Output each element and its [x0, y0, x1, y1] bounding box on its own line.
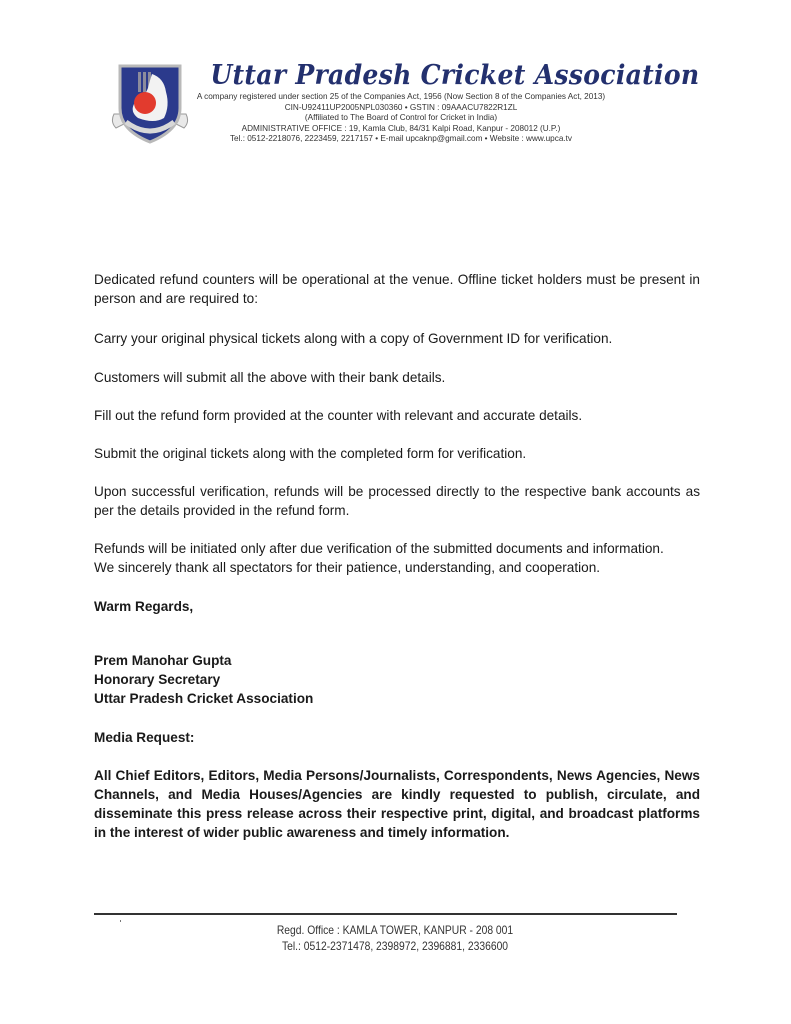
admin-office-line: ADMINISTRATIVE OFFICE : 19, Kamla Club, … [196, 124, 606, 135]
upca-crest-shield-icon [108, 58, 192, 146]
paragraph-refund-form: Fill out the refund form provided at the… [94, 406, 700, 425]
media-request-heading: Media Request: [94, 728, 700, 747]
letterhead: Uttar Pradesh Cricket Association A comp… [108, 58, 608, 150]
paragraph-thanks: We sincerely thank all spectators for th… [94, 558, 700, 577]
organization-name: Uttar Pradesh Cricket Association [210, 60, 591, 92]
paragraph-refund-processing: Upon successful verification, refunds wi… [94, 482, 700, 520]
footer-mark [120, 920, 121, 922]
footer-regd-office: Regd. Office : KAMLA TOWER, KANPUR - 208… [262, 922, 529, 938]
paragraph-submit-tickets: Submit the original tickets along with t… [94, 444, 700, 463]
registration-line: A company registered under section 25 of… [196, 92, 606, 103]
closing-salutation: Warm Regards, [94, 597, 700, 616]
cin-gstin-line: CIN-U92411UP2005NPL030360 • GSTIN : 09AA… [196, 103, 606, 114]
footer-divider [94, 913, 677, 915]
signatory-name: Prem Manohar Gupta [94, 651, 700, 670]
paragraph-refund-counters: Dedicated refund counters will be operat… [94, 270, 700, 308]
signatory-organization: Uttar Pradesh Cricket Association [94, 689, 700, 708]
footer-telephone: Tel.: 0512-2371478, 2398972, 2396881, 23… [262, 938, 529, 954]
media-request-text: All Chief Editors, Editors, Media Person… [94, 766, 700, 842]
contact-line: Tel.: 0512-2218076, 2223459, 2217157 • E… [196, 134, 606, 145]
paragraph-carry-tickets: Carry your original physical tickets alo… [94, 329, 700, 348]
organization-header: Uttar Pradesh Cricket Association A comp… [196, 60, 606, 145]
paragraph-verification-note: Refunds will be initiated only after due… [94, 539, 700, 558]
paragraph-bank-details: Customers will submit all the above with… [94, 368, 700, 387]
affiliation-line: (Affiliated to The Board of Control for … [196, 113, 606, 124]
signatory-title: Honorary Secretary [94, 670, 700, 689]
